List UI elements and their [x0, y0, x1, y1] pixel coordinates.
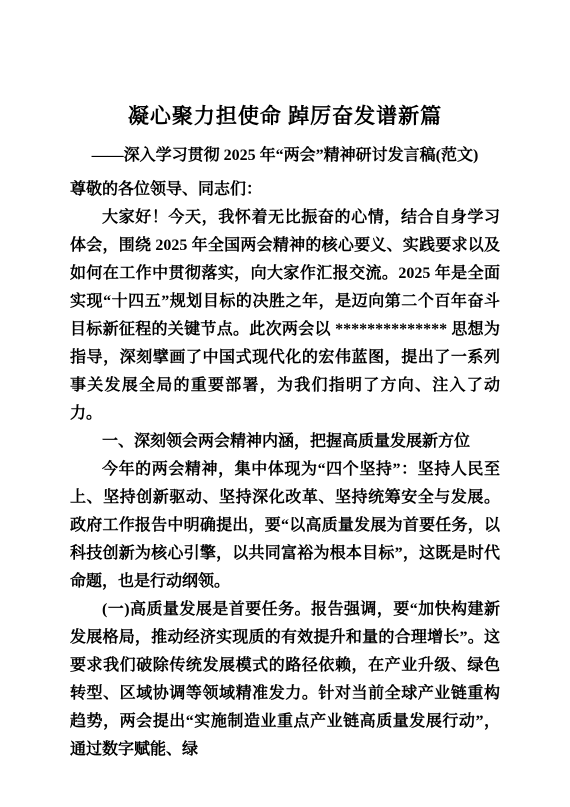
section-heading-one: 一、深刻领会两会精神内涵，把握高质量发展新方位: [70, 428, 500, 456]
paragraph-opening-remarks: 大家好！今天，我怀着无比振奋的心情，结合自身学习体会，围绕 2025 年全国两会…: [70, 204, 500, 428]
salutation-line: 尊敬的各位领导、同志们：: [70, 176, 500, 204]
paragraph-high-quality-development: (一)高质量发展是首要任务。报告强调，要“加快构建新发展格局，推动经济实现质的有…: [70, 596, 500, 764]
document-title: 凝心聚力担使命 踔厉奋发谱新篇: [70, 100, 500, 132]
document-page: 凝心聚力担使命 踔厉奋发谱新篇 ——深入学习贯彻 2025 年“两会”精神研讨发…: [0, 0, 570, 807]
paragraph-four-persistences: 今年的两会精神，集中体现为“四个坚持”：坚持人民至上、坚持创新驱动、坚持深化改革…: [70, 456, 500, 596]
document-subtitle: ——深入学习贯彻 2025 年“两会”精神研讨发言稿(范文): [70, 142, 500, 170]
